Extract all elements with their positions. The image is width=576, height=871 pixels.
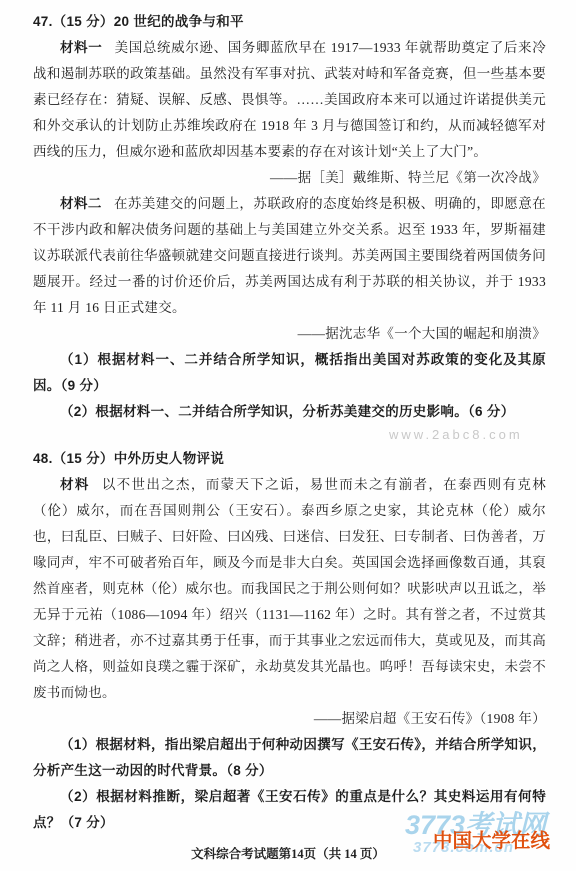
question-47-heading: 47.（15 分）20 世纪的战争与和平 [33, 9, 546, 35]
question-48-sub-2: （2）根据材料推断，梁启超著《王安石传》的重点是什么？其史料运用有何特点？（7 … [33, 784, 546, 836]
question-48-section: 48.（15 分）中外历史人物评说 材料以不世出之杰，而蒙天下之诟，易世而未之有… [33, 446, 546, 836]
material-text: 以不世出之杰，而蒙天下之诟，易世而未之有湔者，在泰西则有克林（伦）威尔，而在吾国… [33, 477, 546, 700]
question-47-sub-1: （1）根据材料一、二并结合所学知识，概括指出美国对苏政策的变化及其原因。（9 分… [33, 347, 546, 399]
question-48-heading: 48.（15 分）中外历史人物评说 [33, 446, 546, 472]
question-48-material: 材料以不世出之杰，而蒙天下之诟，易世而未之有湔者，在泰西则有克林（伦）威尔，而在… [33, 472, 546, 706]
question-47-section: 47.（15 分）20 世纪的战争与和平 材料一美国总统威尔逊、国务卿蓝欣早在 … [33, 9, 546, 425]
question-47-sub-2: （2）根据材料一、二并结合所学知识，分析苏美建交的历史影响。（6 分） [33, 399, 546, 425]
exam-paper-page: 47.（15 分）20 世纪的战争与和平 材料一美国总统威尔逊、国务卿蓝欣早在 … [0, 0, 576, 871]
page-content: 47.（15 分）20 世纪的战争与和平 材料一美国总统威尔逊、国务卿蓝欣早在 … [33, 9, 546, 836]
question-47-material-1: 材料一美国总统威尔逊、国务卿蓝欣早在 1917—1933 年就帮助奠定了后来冷战… [33, 35, 546, 165]
material-label: 材料 [60, 477, 90, 492]
question-47-material-2: 材料二在苏美建交的问题上，苏联政府的态度始终是积极、明确的，即愿意在不干涉内政和… [33, 191, 546, 321]
page-footer: 文科综合考试题第14页（共 14 页） [0, 844, 576, 862]
material-2-source: ——据沈志华《一个大国的崛起和崩溃》 [33, 321, 546, 347]
material-2-text: 在苏美建交的问题上，苏联政府的态度始终是积极、明确的，即愿意在不干涉内政和解决债… [33, 196, 546, 315]
material-2-label: 材料二 [60, 196, 102, 211]
material-1-source: ——据［美］戴维斯、特兰尼《第一次冷战》 [33, 165, 546, 191]
question-48-source: ——据梁启超《王安石传》（1908 年） [33, 706, 546, 732]
material-1-text: 美国总统威尔逊、国务卿蓝欣早在 1917—1933 年就帮助奠定了后来冷战和遏制… [33, 40, 546, 159]
question-48-sub-1: （1）根据材料，指出梁启超出于何种动因撰写《王安石传》，并结合所学知识，分析产生… [33, 732, 546, 784]
material-1-label: 材料一 [60, 40, 102, 55]
